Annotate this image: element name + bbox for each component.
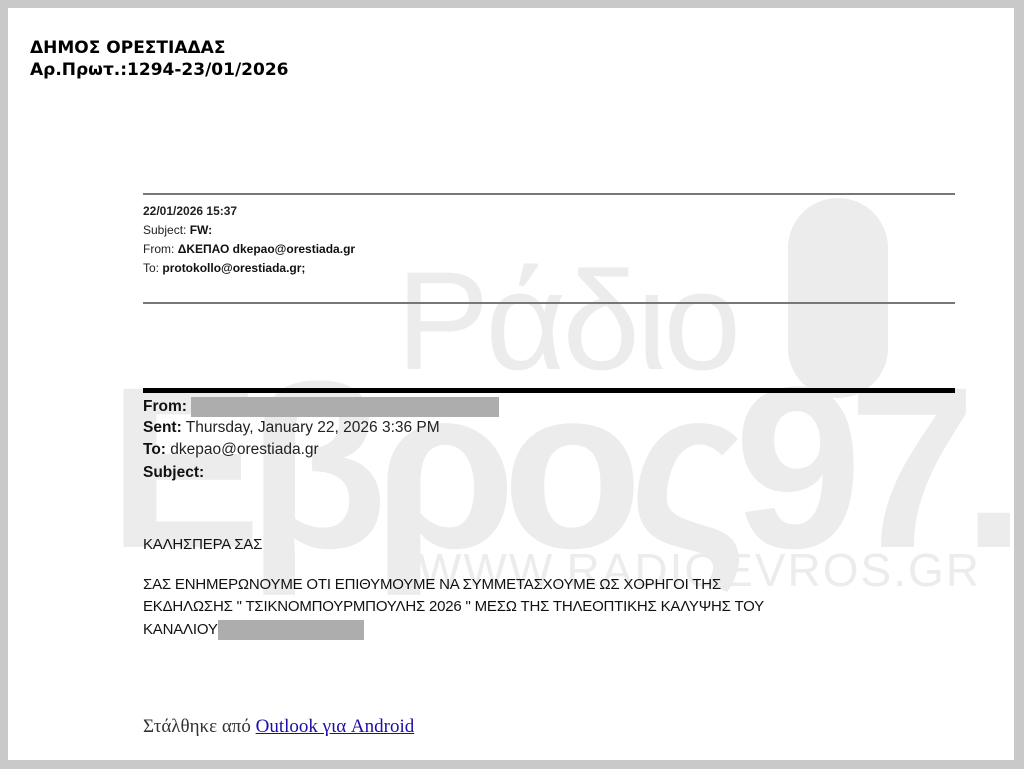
body-line-3: ΚΑΝΑΛΙΟΥ bbox=[143, 620, 364, 640]
outer-datetime: 22/01/2026 15:37 bbox=[143, 204, 237, 218]
outlook-android-link[interactable]: Outlook για Android bbox=[256, 716, 415, 737]
label: To: bbox=[143, 261, 159, 275]
value: Thursday, January 22, 2026 3:36 PM bbox=[186, 419, 440, 436]
microphone-watermark-icon bbox=[788, 198, 888, 398]
redacted-sender bbox=[191, 397, 499, 417]
signature-prefix: Στάλθηκε από bbox=[143, 716, 251, 737]
value: FW: bbox=[190, 223, 212, 237]
label: From: bbox=[143, 242, 174, 256]
body-line-2: ΕΚΔΗΛΩΣΗΣ " ΤΣΙΚΝΟΜΠΟΥΡΜΠΟΥΛΗΣ 2026 " ΜΕ… bbox=[143, 598, 764, 615]
value: protokollo@orestiada.gr; bbox=[162, 261, 305, 275]
label: Subject: bbox=[143, 223, 186, 237]
value: ΔΚΕΠΑΟ dkepao@orestiada.gr bbox=[178, 242, 355, 256]
redacted-channel bbox=[218, 620, 364, 640]
forward-divider bbox=[143, 388, 955, 393]
outer-to: To: protokollo@orestiada.gr; bbox=[143, 261, 305, 275]
protocol-number: Αρ.Πρωτ.:1294-23/01/2026 bbox=[30, 60, 288, 80]
signature: Στάλθηκε από Outlook για Android bbox=[143, 716, 414, 738]
outer-from: From: ΔΚΕΠΑΟ dkepao@orestiada.gr bbox=[143, 242, 355, 256]
label: Subject: bbox=[143, 464, 204, 481]
fw-from: From: bbox=[143, 397, 499, 417]
label: From: bbox=[143, 398, 187, 415]
fw-sent: Sent: Thursday, January 22, 2026 3:36 PM bbox=[143, 419, 440, 437]
fw-to: To: dkepao@orestiada.gr bbox=[143, 441, 319, 459]
value: ΚΑΝΑΛΙΟΥ bbox=[143, 621, 218, 638]
watermark-radio: Ράδιο bbox=[396, 240, 737, 402]
divider bbox=[143, 302, 955, 304]
document-page: Ράδιο Εβρος97.1 WWW.RADIOEVROS.GR ΔΗΜΟΣ … bbox=[8, 8, 1014, 760]
municipality-name: ΔΗΜΟΣ ΟΡΕΣΤΙΑΔΑΣ bbox=[30, 38, 225, 58]
greeting: ΚΑΛΗΣΠΕΡΑ ΣΑΣ bbox=[143, 536, 262, 553]
label: To: bbox=[143, 441, 166, 458]
value: dkepao@orestiada.gr bbox=[170, 441, 318, 458]
outer-subject: Subject: FW: bbox=[143, 223, 212, 237]
fw-subject: Subject: bbox=[143, 464, 204, 482]
body-line-1: ΣΑΣ ΕΝΗΜΕΡΩΝΟΥΜΕ ΟΤΙ ΕΠΙΘΥΜΟΥΜΕ ΝΑ ΣΥΜΜΕ… bbox=[143, 576, 721, 593]
divider bbox=[143, 193, 955, 195]
label: Sent: bbox=[143, 419, 182, 436]
